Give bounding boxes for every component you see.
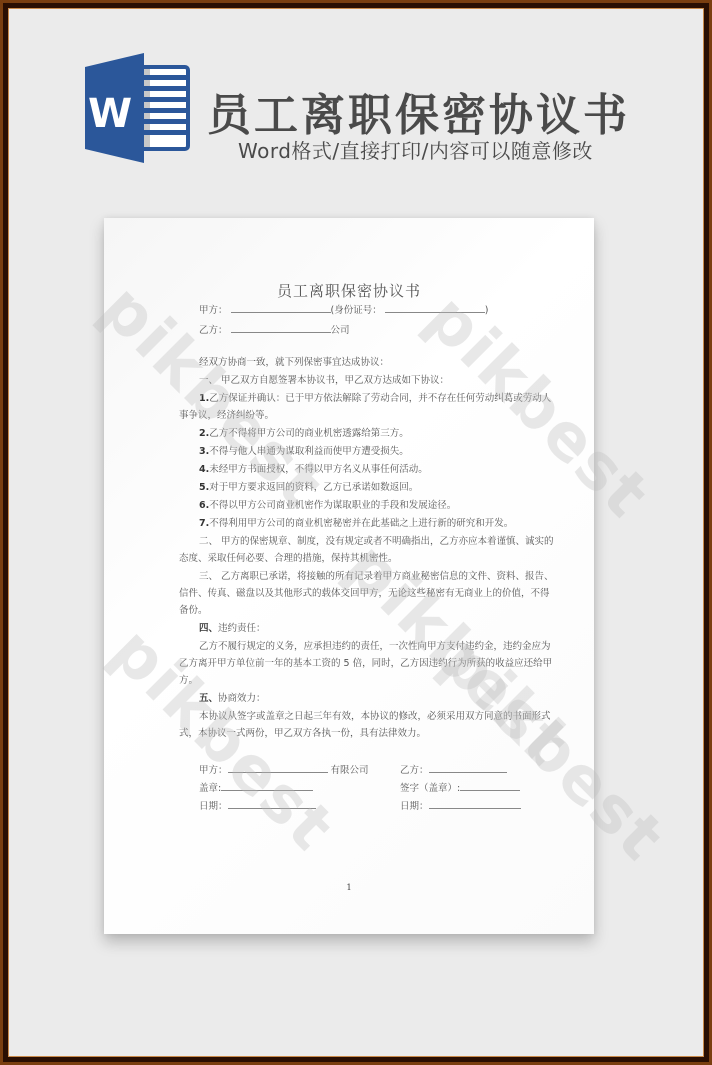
banner-title: 员工离职保密协议书 <box>207 79 630 143</box>
word-icon: W <box>80 53 192 163</box>
sign-signature-b: 签字（盖章）: <box>400 781 520 795</box>
banner-subtitle: Word格式/直接打印/内容可以随意修改 <box>238 135 593 164</box>
section-3-line-3: 备份。 <box>179 605 208 617</box>
clause-7: 7.不得利用甲方公司的商业机密秘密并在此基础之上进行新的研究和开发。 <box>199 518 513 530</box>
date-b-blank[interactable] <box>429 799 521 809</box>
intro-text: 经双方协商一致，就下列保密事宜达成协议： <box>199 357 389 369</box>
clause-5: 5.对于甲方要求返回的资料，乙方已承诺如数返回。 <box>199 482 418 494</box>
section-5-line-1: 本协议从签字或盖章之日起三年有效，本协议的修改，必须采用双方同意的书面形式 <box>199 711 551 723</box>
picture-frame: W 员工离职保密协议书 Word格式/直接打印/内容可以随意修改 员工离职保密协… <box>0 0 712 1065</box>
section-2-line-1: 二、 甲方的保密规章、制度，没有规定或者不明确指出，乙方亦应本着谨慎、诚实的 <box>199 536 554 548</box>
section-1: 一、 甲乙双方自愿签署本协议书，甲乙双方达成如下协议： <box>199 375 449 387</box>
signature-b-blank[interactable] <box>460 781 520 791</box>
sign-party-b: 乙方： <box>400 763 507 777</box>
section-3-line-2: 信件、传真、磁盘以及其他形式的载体交回甲方，无论这些秘密有无商业上的价值，不得 <box>179 588 550 600</box>
document-page: 员工离职保密协议书 甲方： (身份证号： ) 乙方： 公司 经双方协商一致，就下… <box>104 218 594 934</box>
party-a-sign-blank[interactable] <box>228 763 328 773</box>
party-b-blank[interactable] <box>231 323 331 333</box>
clause-1-cont: 事争议，经济纠纷等。 <box>179 410 274 422</box>
document-body: 员工离职保密协议书 甲方： (身份证号： ) 乙方： 公司 经双方协商一致，就下… <box>104 218 594 934</box>
sign-seal-a: 盖章: <box>199 781 313 795</box>
sign-party-a: 甲方： 有限公司 <box>199 763 369 777</box>
section-4-line-1: 乙方不履行规定的义务，应承担违约的责任，一次性向甲方支付违约金，违约金应为 <box>199 641 551 653</box>
canvas-background: W 员工离职保密协议书 Word格式/直接打印/内容可以随意修改 员工离职保密协… <box>8 8 704 1057</box>
svg-text:W: W <box>88 91 132 137</box>
clause-1: 1.乙方保证并确认：已于甲方依法解除了劳动合同，并不存在任何劳动纠葛或劳动人 <box>199 393 551 405</box>
party-b-sign-blank[interactable] <box>429 763 507 773</box>
party-b-label: 乙方： <box>199 325 228 336</box>
clause-2: 2.乙方不得将甲方公司的商业机密透露给第三方。 <box>199 428 409 440</box>
sign-date-b: 日期： <box>400 799 521 813</box>
date-a-blank[interactable] <box>228 799 316 809</box>
id-blank[interactable] <box>385 303 485 313</box>
clause-3: 3.不得与他人串通为谋取利益而使甲方遭受损失。 <box>199 446 409 458</box>
section-4-line-2: 乙方离开甲方单位前一年的基本工资的 5 倍，同时，乙方因违约行为所获的收益应还给… <box>179 658 552 670</box>
seal-a-blank[interactable] <box>221 781 313 791</box>
party-a-line: 甲方： (身份证号： ) <box>199 303 489 317</box>
party-a-label: 甲方： <box>199 305 228 316</box>
party-a-blank[interactable] <box>231 303 331 313</box>
section-2-line-2: 态度、采取任何必要、合理的措施，保持其机密性。 <box>179 553 398 565</box>
company-suffix: 公司 <box>331 325 350 336</box>
sign-date-a: 日期： <box>199 799 316 813</box>
document-title: 员工离职保密协议书 <box>104 280 594 301</box>
section-5-heading: 五、协商效力： <box>199 693 266 705</box>
id-close: ) <box>485 305 489 316</box>
section-4-line-3: 方。 <box>179 675 198 687</box>
id-label: (身份证号： <box>331 305 382 316</box>
party-b-line: 乙方： 公司 <box>199 323 350 337</box>
page-number: 1 <box>104 883 594 892</box>
clause-6: 6.不得以甲方公司商业机密作为谋取职业的手段和发展途径。 <box>199 500 456 512</box>
section-4-heading: 四、违约责任： <box>199 623 266 635</box>
clause-4: 4.未经甲方书面授权，不得以甲方名义从事任何活动。 <box>199 464 428 476</box>
section-5-line-2: 式，本协议一式两份，甲乙双方各执一份，具有法律效力。 <box>179 728 426 740</box>
section-3-line-1: 三、 乙方离职已承诺，将接触的所有记录着甲方商业秘密信息的文件、资料、报告、 <box>199 571 554 583</box>
